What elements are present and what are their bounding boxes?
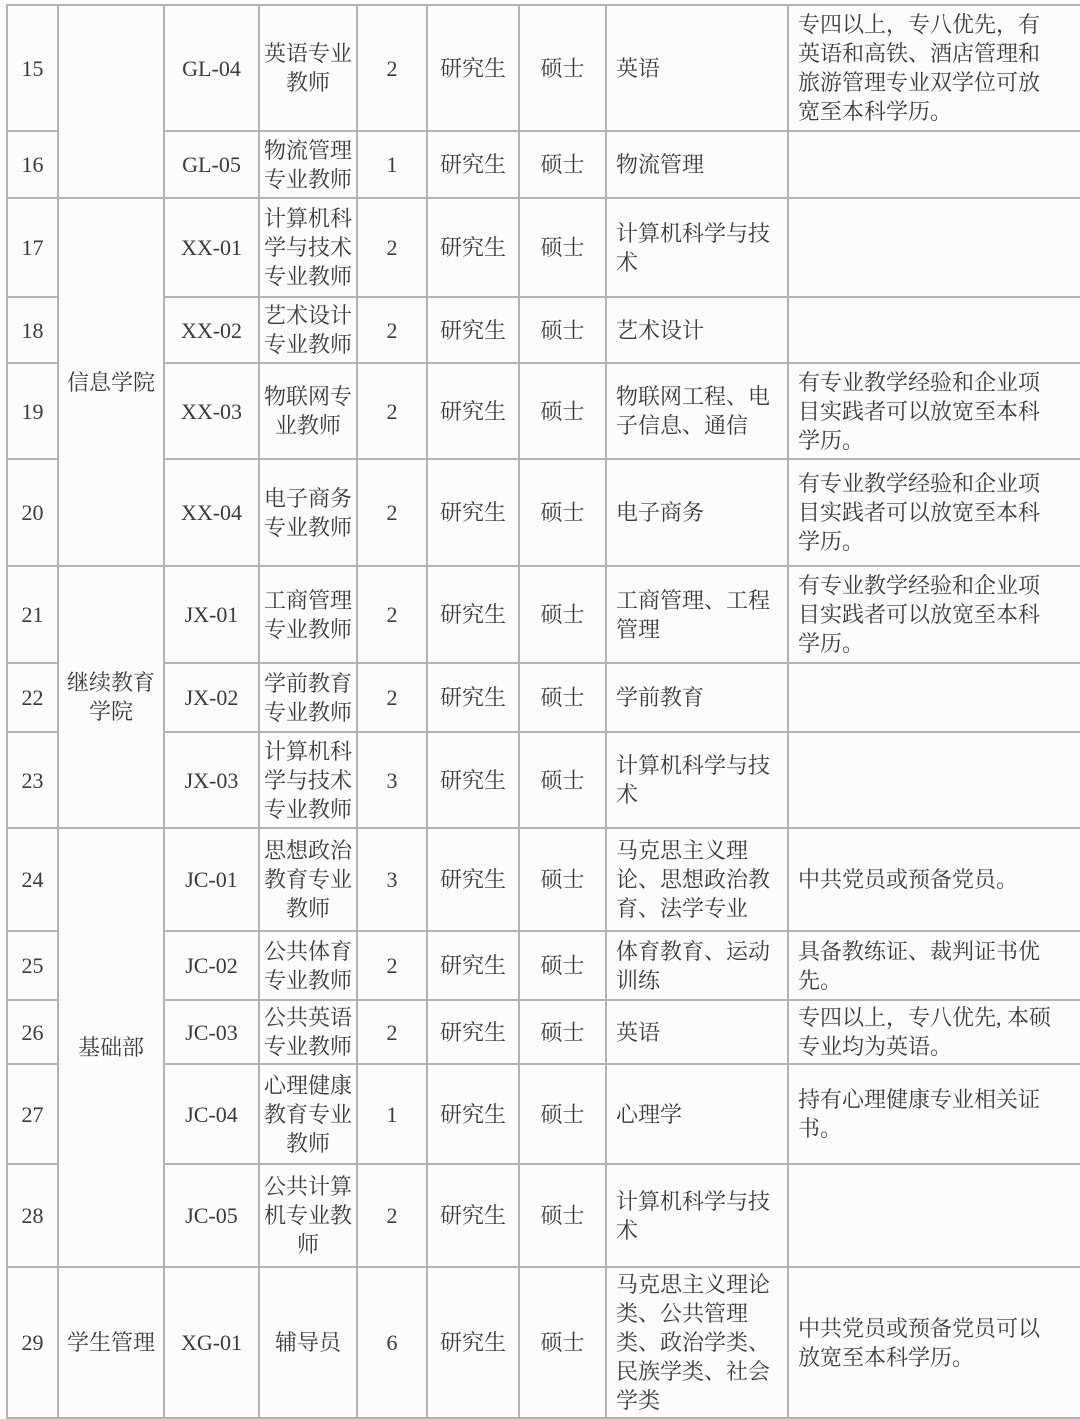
position-title-cell: 物联网专业教师 — [259, 363, 357, 459]
table-row: 28JC-05公共计算机专业教师2研究生硕士计算机科学与技术 — [7, 1164, 1080, 1267]
table-row: 20XX-04电子商务专业教师2研究生硕士电子商务有专业教学经验和企业项目实践者… — [7, 459, 1080, 566]
row-number-cell: 21 — [7, 566, 58, 663]
openings-count-cell: 3 — [357, 828, 427, 931]
requirements-cell: 有专业教学经验和企业项目实践者可以放宽至本科学历。 — [788, 363, 1080, 459]
degree-cell: 硕士 — [519, 1267, 606, 1418]
row-number-cell: 27 — [7, 1064, 58, 1164]
table-row: 19XX-03物联网专业教师2研究生硕士物联网工程、电子信息、通信有专业教学经验… — [7, 363, 1080, 459]
education-level-cell: 研究生 — [427, 931, 519, 1000]
requirements-cell: 专四以上，专八优先，有英语和高铁、酒店管理和旅游管理专业双学位可放宽至本科学历。 — [788, 5, 1080, 131]
requirements-cell: 专四以上，专八优先, 本硕专业均为英语。 — [788, 1000, 1080, 1064]
job-code-cell: JC-05 — [164, 1164, 259, 1267]
degree-cell: 硕士 — [519, 198, 606, 297]
major-cell: 物联网工程、电子信息、通信 — [606, 363, 788, 459]
recruitment-table: 15GL-04英语专业教师2研究生硕士英语专四以上，专八优先，有英语和高铁、酒店… — [6, 4, 1080, 1419]
table-row: 21继续教育学院JX-01工商管理专业教师2研究生硕士工商管理、工程管理有专业教… — [7, 566, 1080, 663]
table-body: 15GL-04英语专业教师2研究生硕士英语专四以上，专八优先，有英语和高铁、酒店… — [7, 5, 1080, 1418]
education-level-cell: 研究生 — [427, 198, 519, 297]
table-row: 15GL-04英语专业教师2研究生硕士英语专四以上，专八优先，有英语和高铁、酒店… — [7, 5, 1080, 131]
row-number-cell: 15 — [7, 5, 58, 131]
major-cell: 英语 — [606, 5, 788, 131]
position-title-cell: 艺术设计专业教师 — [259, 297, 357, 363]
openings-count-cell: 2 — [357, 297, 427, 363]
table-row: 24基础部JC-01思想政治教育专业教师3研究生硕士马克思主义理论、思想政治教育… — [7, 828, 1080, 931]
job-code-cell: JC-03 — [164, 1000, 259, 1064]
college-cell: 继续教育学院 — [58, 566, 164, 828]
table-row: 27JC-04心理健康教育专业教师1研究生硕士心理学持有心理健康专业相关证书。 — [7, 1064, 1080, 1164]
major-cell: 计算机科学与技术 — [606, 1164, 788, 1267]
degree-cell: 硕士 — [519, 5, 606, 131]
position-title-cell: 心理健康教育专业教师 — [259, 1064, 357, 1164]
position-title-cell: 思想政治教育专业教师 — [259, 828, 357, 931]
education-level-cell: 研究生 — [427, 828, 519, 931]
education-level-cell: 研究生 — [427, 297, 519, 363]
row-number-cell: 17 — [7, 198, 58, 297]
education-level-cell: 研究生 — [427, 566, 519, 663]
education-level-cell: 研究生 — [427, 732, 519, 828]
job-code-cell: JX-01 — [164, 566, 259, 663]
education-level-cell: 研究生 — [427, 1164, 519, 1267]
row-number-cell: 22 — [7, 663, 58, 732]
education-level-cell: 研究生 — [427, 1000, 519, 1064]
degree-cell: 硕士 — [519, 663, 606, 732]
openings-count-cell: 2 — [357, 459, 427, 566]
job-code-cell: XX-04 — [164, 459, 259, 566]
job-code-cell: JX-02 — [164, 663, 259, 732]
education-level-cell: 研究生 — [427, 459, 519, 566]
job-code-cell: XX-03 — [164, 363, 259, 459]
row-number-cell: 29 — [7, 1267, 58, 1418]
position-title-cell: 计算机科学与技术专业教师 — [259, 198, 357, 297]
openings-count-cell: 2 — [357, 566, 427, 663]
row-number-cell: 24 — [7, 828, 58, 931]
requirements-cell: 有专业教学经验和企业项目实践者可以放宽至本科学历。 — [788, 459, 1080, 566]
major-cell: 工商管理、工程管理 — [606, 566, 788, 663]
major-cell: 电子商务 — [606, 459, 788, 566]
requirements-cell: 中共党员或预备党员。 — [788, 828, 1080, 931]
table-row: 16GL-05物流管理专业教师1研究生硕士物流管理 — [7, 131, 1080, 198]
requirements-cell: 持有心理健康专业相关证书。 — [788, 1064, 1080, 1164]
degree-cell: 硕士 — [519, 297, 606, 363]
position-title-cell: 工商管理专业教师 — [259, 566, 357, 663]
openings-count-cell: 2 — [357, 5, 427, 131]
position-title-cell: 计算机科学与技术专业教师 — [259, 732, 357, 828]
job-code-cell: JC-02 — [164, 931, 259, 1000]
degree-cell: 硕士 — [519, 363, 606, 459]
openings-count-cell: 2 — [357, 1000, 427, 1064]
requirements-cell — [788, 1164, 1080, 1267]
row-number-cell: 20 — [7, 459, 58, 566]
education-level-cell: 研究生 — [427, 1064, 519, 1164]
major-cell: 体育教育、运动训练 — [606, 931, 788, 1000]
requirements-cell — [788, 131, 1080, 198]
college-cell: 信息学院 — [58, 198, 164, 566]
major-cell: 心理学 — [606, 1064, 788, 1164]
major-cell: 马克思主义理论、思想政治教育、法学专业 — [606, 828, 788, 931]
job-code-cell: GL-04 — [164, 5, 259, 131]
major-cell: 英语 — [606, 1000, 788, 1064]
requirements-cell — [788, 732, 1080, 828]
position-title-cell: 电子商务专业教师 — [259, 459, 357, 566]
openings-count-cell: 1 — [357, 131, 427, 198]
position-title-cell: 英语专业教师 — [259, 5, 357, 131]
openings-count-cell: 6 — [357, 1267, 427, 1418]
job-code-cell: XX-02 — [164, 297, 259, 363]
requirements-cell: 有专业教学经验和企业项目实践者可以放宽至本科学历。 — [788, 566, 1080, 663]
row-number-cell: 26 — [7, 1000, 58, 1064]
major-cell: 艺术设计 — [606, 297, 788, 363]
table-row: 26JC-03公共英语专业教师2研究生硕士英语专四以上，专八优先, 本硕专业均为… — [7, 1000, 1080, 1064]
table-row: 25JC-02公共体育专业教师2研究生硕士体育教育、运动训练具备教练证、裁判证书… — [7, 931, 1080, 1000]
row-number-cell: 28 — [7, 1164, 58, 1267]
job-code-cell: JC-01 — [164, 828, 259, 931]
position-title-cell: 公共计算机专业教师 — [259, 1164, 357, 1267]
degree-cell: 硕士 — [519, 459, 606, 566]
row-number-cell: 19 — [7, 363, 58, 459]
row-number-cell: 25 — [7, 931, 58, 1000]
openings-count-cell: 2 — [357, 931, 427, 1000]
degree-cell: 硕士 — [519, 732, 606, 828]
table-row: 22JX-02学前教育专业教师2研究生硕士学前教育 — [7, 663, 1080, 732]
college-cell: 学生管理 — [58, 1267, 164, 1418]
education-level-cell: 研究生 — [427, 1267, 519, 1418]
job-code-cell: JC-04 — [164, 1064, 259, 1164]
openings-count-cell: 2 — [357, 363, 427, 459]
job-code-cell: GL-05 — [164, 131, 259, 198]
openings-count-cell: 2 — [357, 663, 427, 732]
table-row: 29学生管理XG-01辅导员6研究生硕士马克思主义理论类、公共管理类、政治学类、… — [7, 1267, 1080, 1418]
position-title-cell: 辅导员 — [259, 1267, 357, 1418]
openings-count-cell: 2 — [357, 1164, 427, 1267]
position-title-cell: 公共体育专业教师 — [259, 931, 357, 1000]
degree-cell: 硕士 — [519, 931, 606, 1000]
major-cell: 物流管理 — [606, 131, 788, 198]
degree-cell: 硕士 — [519, 828, 606, 931]
position-title-cell: 学前教育专业教师 — [259, 663, 357, 732]
degree-cell: 硕士 — [519, 131, 606, 198]
major-cell: 计算机科学与技术 — [606, 732, 788, 828]
job-code-cell: JX-03 — [164, 732, 259, 828]
row-number-cell: 18 — [7, 297, 58, 363]
openings-count-cell: 3 — [357, 732, 427, 828]
position-title-cell: 公共英语专业教师 — [259, 1000, 357, 1064]
job-code-cell: XG-01 — [164, 1267, 259, 1418]
table-row: 17信息学院XX-01计算机科学与技术专业教师2研究生硕士计算机科学与技术 — [7, 198, 1080, 297]
college-cell — [58, 5, 164, 198]
degree-cell: 硕士 — [519, 566, 606, 663]
college-cell: 基础部 — [58, 828, 164, 1267]
row-number-cell: 23 — [7, 732, 58, 828]
table-row: 18XX-02艺术设计专业教师2研究生硕士艺术设计 — [7, 297, 1080, 363]
education-level-cell: 研究生 — [427, 131, 519, 198]
major-cell: 计算机科学与技术 — [606, 198, 788, 297]
education-level-cell: 研究生 — [427, 5, 519, 131]
requirements-cell: 具备教练证、裁判证书优先。 — [788, 931, 1080, 1000]
requirements-cell — [788, 198, 1080, 297]
major-cell: 马克思主义理论类、公共管理类、政治学类、民族学类、社会学类 — [606, 1267, 788, 1418]
education-level-cell: 研究生 — [427, 363, 519, 459]
degree-cell: 硕士 — [519, 1000, 606, 1064]
degree-cell: 硕士 — [519, 1164, 606, 1267]
openings-count-cell: 1 — [357, 1064, 427, 1164]
position-title-cell: 物流管理专业教师 — [259, 131, 357, 198]
requirements-cell — [788, 663, 1080, 732]
degree-cell: 硕士 — [519, 1064, 606, 1164]
requirements-cell — [788, 297, 1080, 363]
job-code-cell: XX-01 — [164, 198, 259, 297]
requirements-cell: 中共党员或预备党员可以放宽至本科学历。 — [788, 1267, 1080, 1418]
table-row: 23JX-03计算机科学与技术专业教师3研究生硕士计算机科学与技术 — [7, 732, 1080, 828]
major-cell: 学前教育 — [606, 663, 788, 732]
row-number-cell: 16 — [7, 131, 58, 198]
openings-count-cell: 2 — [357, 198, 427, 297]
education-level-cell: 研究生 — [427, 663, 519, 732]
